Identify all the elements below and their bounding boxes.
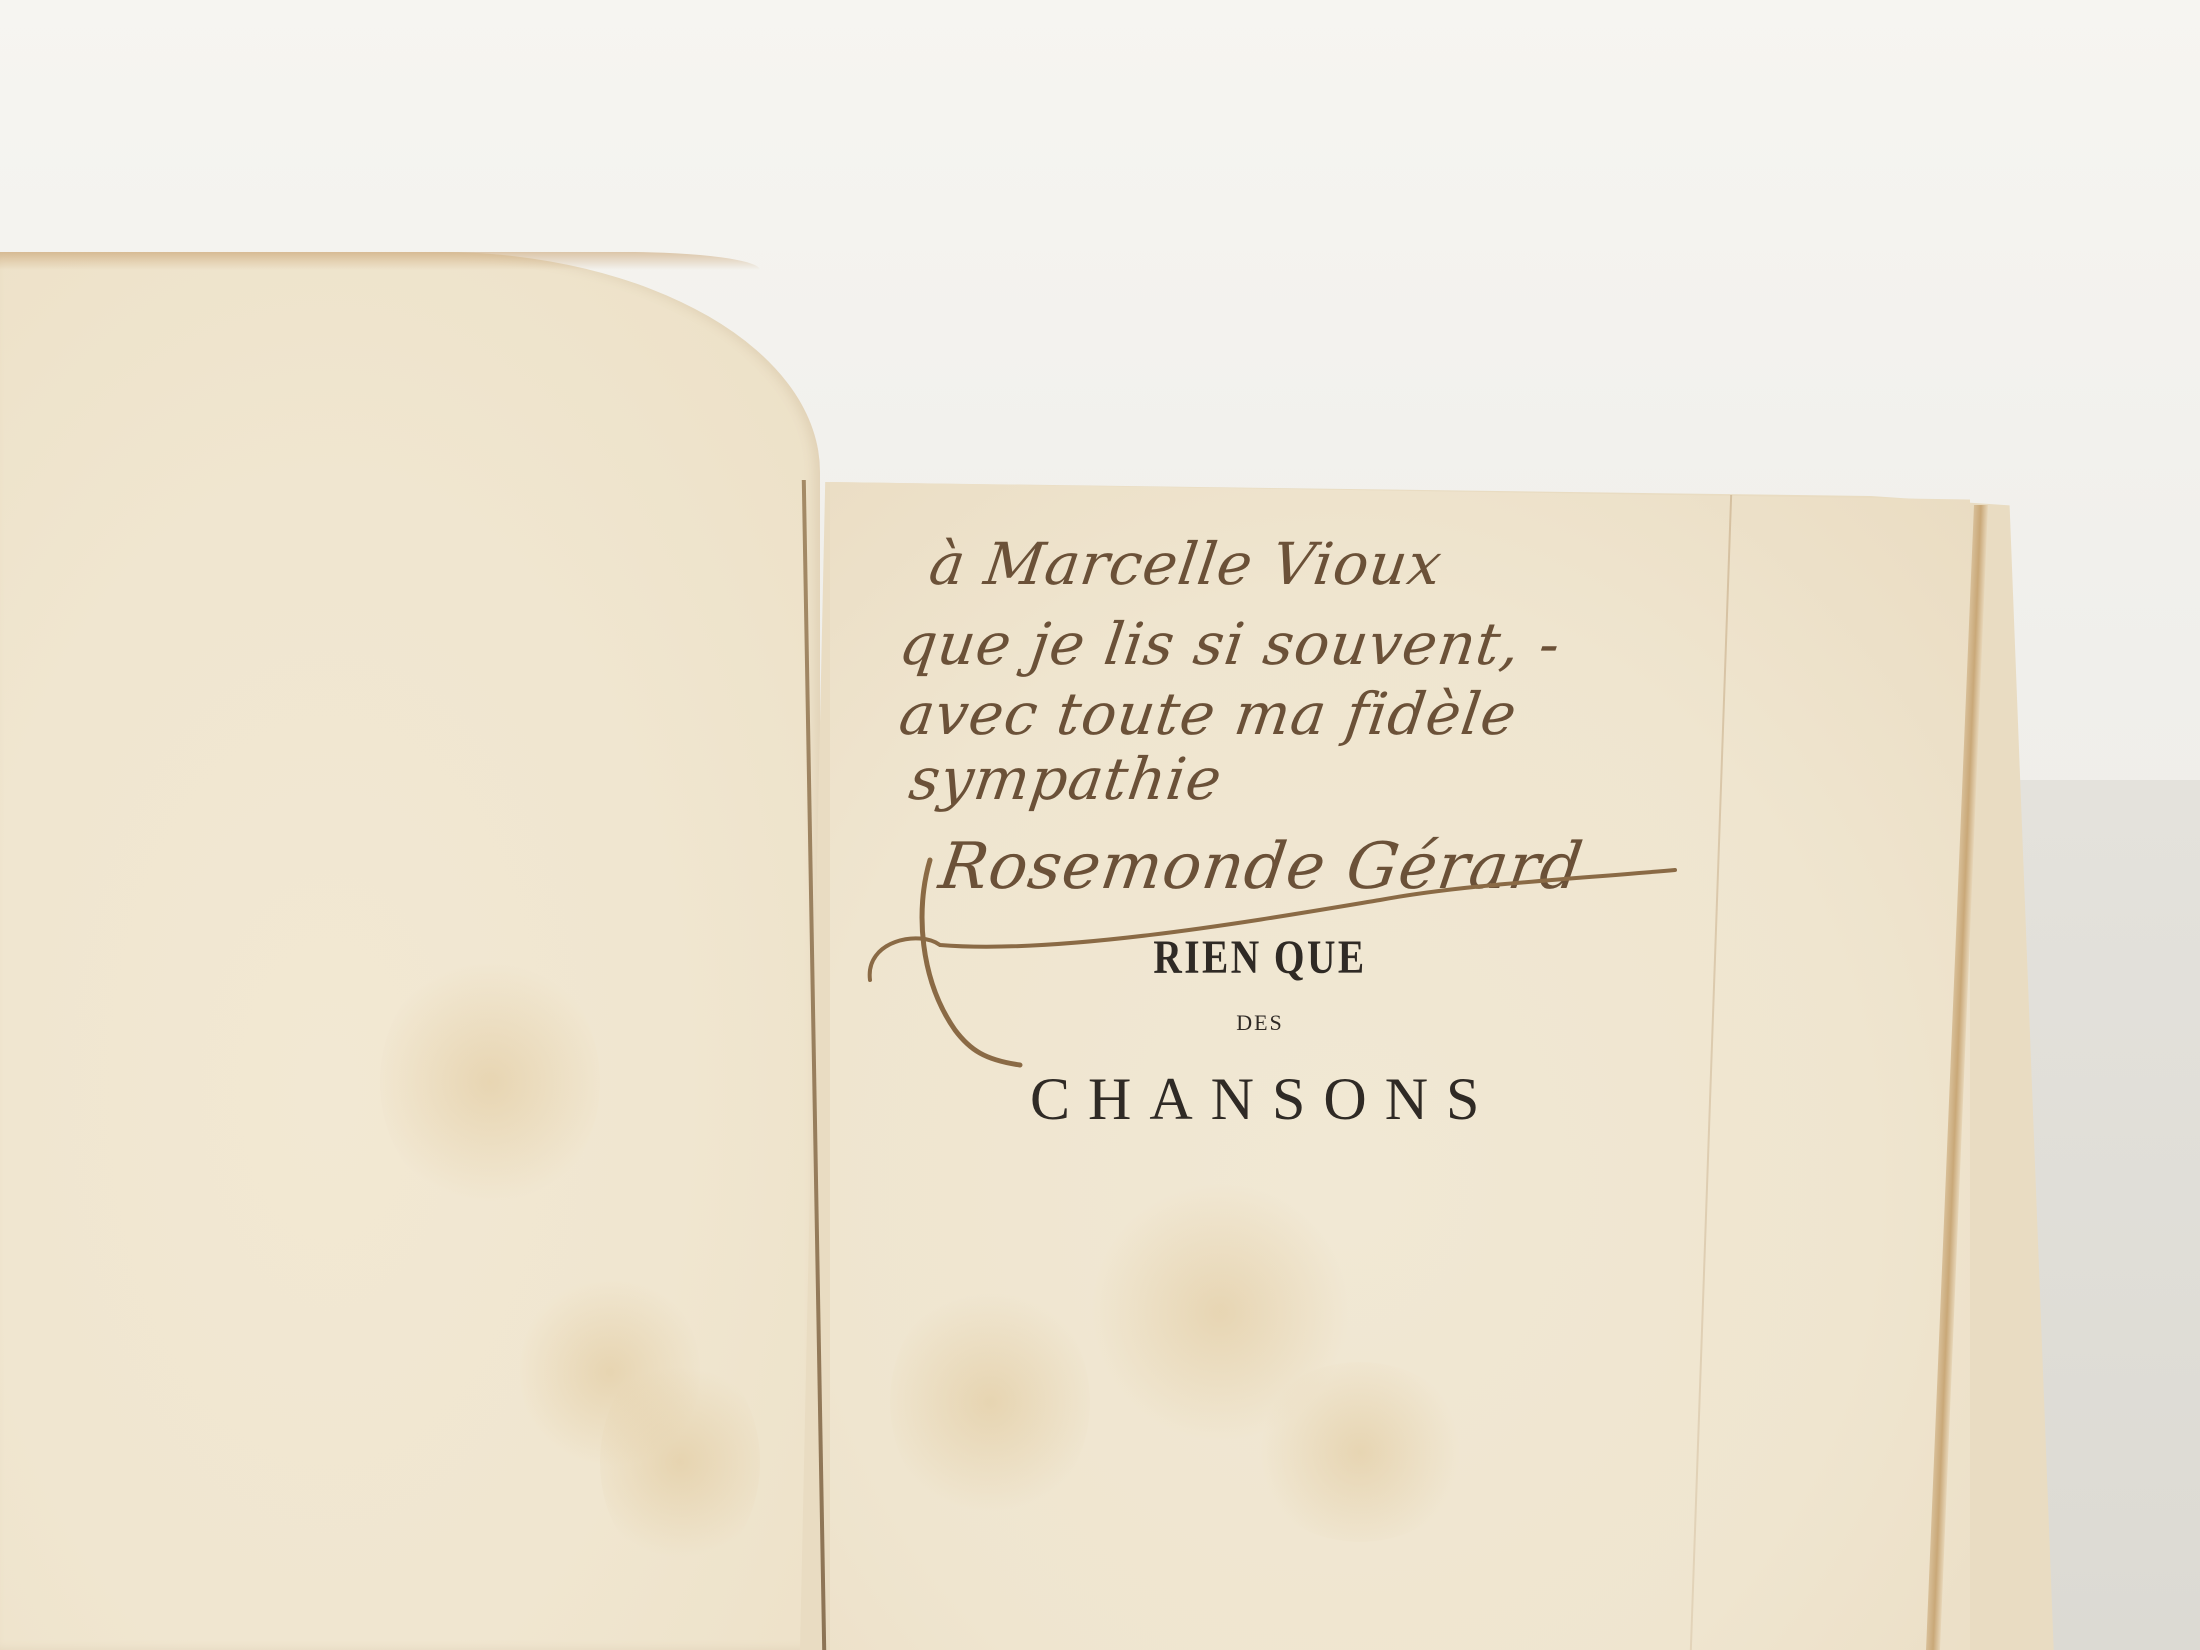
dedication-line-1: à Marcelle Vioux (925, 530, 1446, 598)
book-photo-scene: à Marcelle Vioux que je lis si souvent, … (0, 0, 2200, 1650)
left-page (0, 252, 820, 1650)
title-line-des: DES (1000, 1010, 1520, 1036)
title-line-chansons: CHANSONS (1030, 1065, 1490, 1134)
title-line-rien-que: RIEN QUE (1047, 930, 1473, 985)
foxing-stain (600, 1352, 760, 1572)
foxing-stain (890, 1282, 1090, 1522)
foxing-stain (1250, 1362, 1470, 1542)
dedication-line-3: avec toute ma fidèle (895, 680, 1521, 748)
foxing-stain (380, 952, 600, 1212)
dedication-line-2: que je lis si souvent, - (895, 610, 1565, 678)
